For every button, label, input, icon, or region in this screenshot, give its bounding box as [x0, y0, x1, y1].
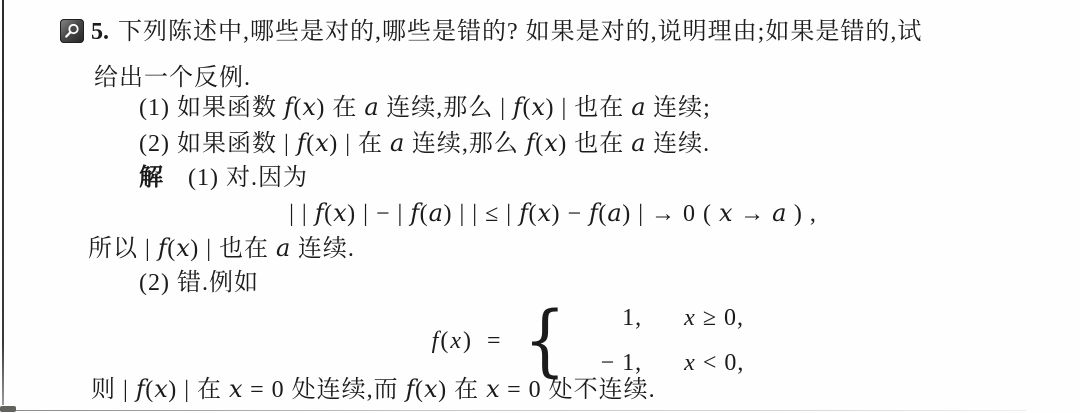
piecewise-row1-value: 1, [580, 296, 642, 341]
problem-statement-line1: 下列陈述中,哪些是对的,哪些是错的? 如果是对的,说明理由;如果是错的,试 [118, 19, 922, 45]
solution-part1-intro-text: (1) 对.因为 [188, 165, 308, 191]
piecewise-row2-condition: x < 0, [684, 341, 744, 386]
textbook-page: 5.下列陈述中,哪些是对的,哪些是错的? 如果是对的,说明理由;如果是错的,试 … [0, 0, 1080, 413]
magnifier-icon [60, 19, 84, 43]
piecewise-row1-condition: x ≥ 0, [684, 296, 744, 341]
statement-item-1: (1) 如果函数 f(x) 在 a 连续,那么 | f(x) | 也在 a 连续… [139, 92, 711, 123]
solution-part2-intro: (2) 错.例如 [139, 268, 259, 298]
piecewise-brace: { [523, 302, 566, 380]
piecewise-lhs: f(x) [432, 328, 473, 355]
problem-statement-line2: 给出一个反例. [94, 63, 251, 93]
statement-item-2: (2) 如果函数 | f(x) | 在 a 连续,那么 f(x) 也在 a 连续… [139, 128, 710, 159]
piecewise-row-1: 1, x ≥ 0, [580, 296, 744, 341]
solution-label: 解 [139, 165, 164, 191]
scan-edge-corner-mark [0, 406, 16, 412]
scan-edge-bottom-line [6, 410, 1026, 411]
inequality-formula: | | f(x) | − | f(a) | | ≤ | f(x) − f(a) … [0, 198, 1080, 229]
solution-part2-conclusion: 则 | f(x) | 在 x = 0 处连续,而 f(x) 在 x = 0 处不… [91, 374, 656, 405]
problem-heading: 5.下列陈述中,哪些是对的,哪些是错的? 如果是对的,说明理由;如果是错的,试 [60, 17, 922, 47]
solution-part1-intro: 解(1) 对.因为 [139, 163, 308, 193]
piecewise-definition: f(x) = { 1, x ≥ 0, − 1, x < 0, [0, 296, 1080, 386]
piecewise-equals: = [487, 328, 502, 355]
solution-part1-conclusion: 所以 | f(x) | 也在 a 连续. [88, 233, 355, 264]
problem-number: 5. [91, 19, 109, 45]
